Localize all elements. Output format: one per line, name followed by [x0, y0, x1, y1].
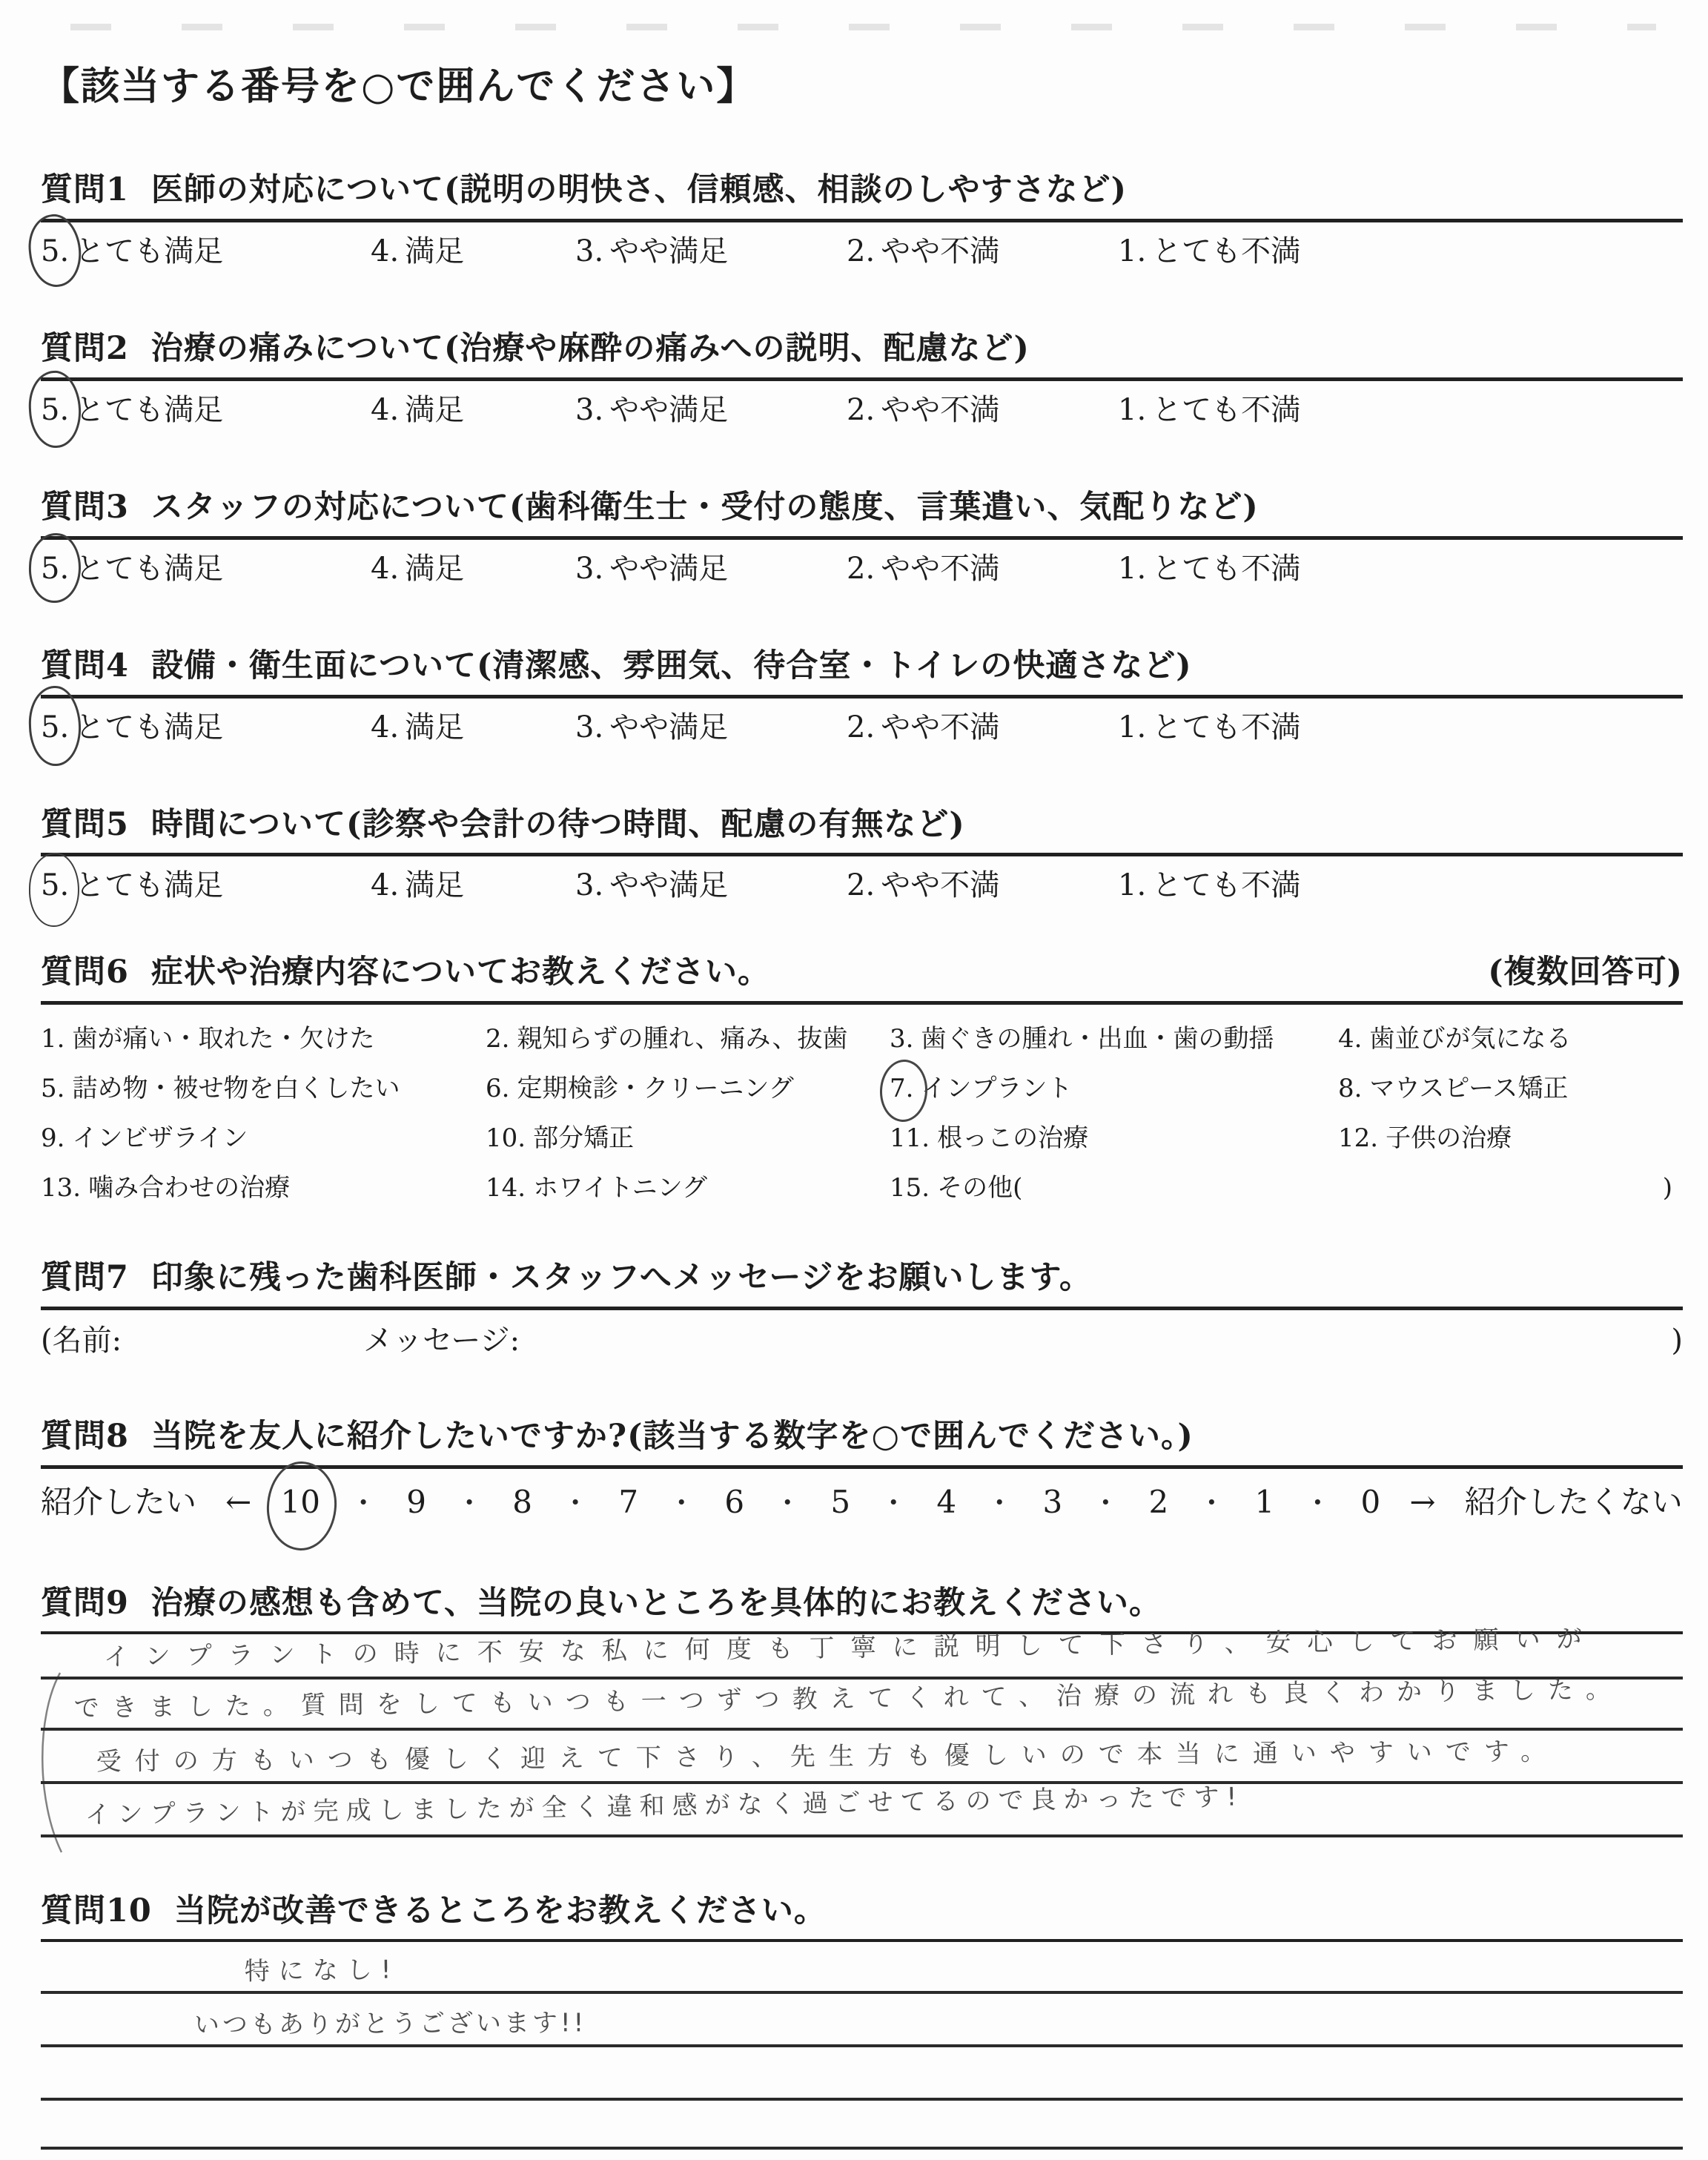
option-number: 3.	[575, 552, 603, 586]
question-9-heading: 質問9 治療の感想も含めて、当院の良いところを具体的にお教えください。	[41, 1583, 1683, 1625]
question-7-answer-row: (名前: メッセージ: )	[41, 1321, 1683, 1360]
item-number: 13.	[41, 1173, 81, 1203]
q4-option-1-very-dissatisfied: 1.とても不満	[1118, 708, 1683, 747]
option-number: 1.	[1118, 234, 1146, 268]
page-title: 【該当する番号を○で囲んでください】	[41, 0, 1683, 110]
q3-option-5-very-satisfied: 5.とても満足	[41, 549, 371, 588]
q6-item-15-other: 15.その他(	[890, 1172, 1338, 1206]
option-label: やや満足	[609, 868, 728, 902]
question-6-label: 質問6	[41, 952, 129, 994]
nps-score-9: 9	[406, 1482, 426, 1523]
item-number: 8.	[1338, 1074, 1362, 1103]
question-3: 質問3 スタッフの対応について(歯科衛生士・受付の態度、言葉遣い、気配りなど) …	[41, 487, 1683, 588]
scale-dot: ・	[455, 1485, 483, 1522]
option-number: 3.	[575, 868, 603, 902]
question-1-label: 質問1	[41, 170, 129, 211]
scale-dot: ・	[349, 1485, 377, 1522]
divider	[41, 853, 1683, 856]
item-label: 噛み合わせの治療	[88, 1173, 290, 1203]
q6-item-13: 13.噛み合わせの治療	[41, 1172, 486, 1206]
nps-score-5: 5	[830, 1482, 850, 1523]
scale-dot: ・	[879, 1485, 907, 1522]
item-number: 3.	[890, 1024, 913, 1054]
q6-item-4: 4.歯並びが気になる	[1338, 1023, 1683, 1057]
nps-score-6: 6	[724, 1482, 744, 1523]
question-2: 質問2 治療の痛みについて(治療や麻酔の痛みへの説明、配慮など) 5.とても満足…	[41, 328, 1683, 429]
question-6-items: 1.歯が痛い・取れた・欠けた 2.親知らずの腫れ、痛み、抜歯 3.歯ぐきの腫れ・…	[41, 1023, 1683, 1206]
q6-item-6: 6.定期検診・クリーニング	[486, 1072, 890, 1106]
option-label: やや満足	[609, 393, 728, 427]
q2-option-3-somewhat-satisfied: 3.やや満足	[575, 391, 847, 429]
handwritten-circle	[878, 1059, 929, 1123]
question-1: 質問1 医師の対応について(説明の明快さ、信頼感、相談のしやすさなど) 5.とて…	[41, 170, 1683, 271]
message-field-label: メッセージ:	[363, 1321, 520, 1360]
option-label: とても不満	[1152, 234, 1300, 268]
question-2-heading: 質問2 治療の痛みについて(治療や麻酔の痛みへの説明、配慮など)	[41, 328, 1683, 370]
question-9-answer-area: インプラントの時に不安な私に何度も丁寧に説明して下さり、安心してお願いが できま…	[41, 1634, 1683, 1837]
option-number: 4.	[371, 710, 399, 744]
question-6-heading: 質問6 症状や治療内容についてお教えください。 (複数回答可)	[41, 952, 1683, 994]
q6-item-8: 8.マウスピース矯正	[1338, 1072, 1683, 1106]
question-10-heading: 質問10 当院が改善できるところをお教えください。	[41, 1891, 1683, 1932]
option-number: 5.	[41, 234, 69, 268]
divider	[41, 1307, 1683, 1310]
option-label: 満足	[405, 552, 464, 586]
q4-option-4-satisfied: 4.満足	[371, 708, 575, 747]
option-label: やや不満	[881, 868, 999, 902]
option-label: 満足	[405, 710, 464, 744]
option-label: とても満足	[75, 868, 223, 902]
scale-dot: ・	[985, 1485, 1013, 1522]
item-number: 6.	[486, 1074, 509, 1103]
q6-item-12: 12.子供の治療	[1338, 1122, 1683, 1156]
q3-option-4-satisfied: 4.満足	[371, 549, 575, 588]
ruled-line: インプラントが完成しましたが全く違和感がなく過ごせてるので良かったです!	[41, 1784, 1683, 1837]
question-9-label: 質問9	[41, 1583, 129, 1625]
close-paren: )	[1671, 1321, 1683, 1360]
nps-score-3: 3	[1042, 1482, 1062, 1523]
question-5-label: 質問5	[41, 805, 129, 846]
option-label: とても満足	[75, 393, 223, 427]
q3-option-3-somewhat-satisfied: 3.やや満足	[575, 549, 847, 588]
divider	[41, 219, 1683, 222]
q1-option-5-very-satisfied: 5.とても満足	[41, 232, 371, 271]
question-2-label: 質問2	[41, 328, 129, 370]
option-label: とても満足	[75, 710, 223, 744]
nps-score-1: 1	[1255, 1482, 1275, 1523]
item-label: 部分矯正	[533, 1123, 634, 1153]
question-1-title: 医師の対応について(説明の明快さ、信頼感、相談のしやすさなど)	[151, 170, 1127, 211]
handwritten-text: インプラントが完成しましたが全く違和感がなく過ごせてるので良かったです!	[85, 1777, 1244, 1832]
question-10-label: 質問10	[41, 1891, 152, 1932]
option-number: 1.	[1118, 868, 1146, 902]
question-3-title: スタッフの対応について(歯科衛生士・受付の態度、言葉遣い、気配りなど)	[151, 487, 1259, 529]
nps-score-2: 2	[1148, 1482, 1168, 1523]
question-7-label: 質問7	[41, 1258, 129, 1299]
nps-score-8: 8	[512, 1482, 532, 1523]
option-number: 2.	[847, 710, 875, 744]
option-label: 満足	[405, 234, 464, 268]
question-7-title: 印象に残った歯科医師・スタッフへメッセージをお願いします。	[151, 1258, 1092, 1299]
option-number: 5.	[41, 868, 69, 902]
option-label: やや満足	[609, 710, 728, 744]
question-4-options: 5.とても満足 4.満足 3.やや満足 2.やや不満 1.とても不満	[41, 708, 1683, 747]
ruled-line	[41, 2047, 1683, 2101]
option-number: 2.	[847, 868, 875, 902]
name-field-label: (名前:	[41, 1321, 363, 1360]
divider	[41, 377, 1683, 381]
item-label: 詰め物・被せ物を白くしたい	[72, 1074, 400, 1103]
option-number: 1.	[1118, 710, 1146, 744]
question-8-title: 当院を友人に紹介したいですか?(該当する数字を○で囲んでください。)	[151, 1416, 1194, 1458]
scale-dot: ・	[1303, 1485, 1331, 1522]
option-label: とても不満	[1152, 552, 1300, 586]
handwritten-text: 特になし!	[244, 1949, 400, 1988]
ruled-line: できました。質問をしてもいつも一つずつ教えてくれて、治療の流れも良くわかりました…	[41, 1680, 1683, 1731]
option-label: 満足	[405, 393, 464, 427]
question-8: 質問8 当院を友人に紹介したいですか?(該当する数字を○で囲んでください。) 紹…	[41, 1416, 1683, 1522]
option-number: 2.	[847, 393, 875, 427]
question-5-options: 5.とても満足 4.満足 3.やや満足 2.やや不満 1.とても不満	[41, 866, 1683, 905]
question-3-label: 質問3	[41, 487, 129, 529]
divider	[41, 536, 1683, 540]
scale-dot: ・	[561, 1485, 589, 1522]
question-9: 質問9 治療の感想も含めて、当院の良いところを具体的にお教えください。 インプラ…	[41, 1583, 1683, 1837]
question-2-options: 5.とても満足 4.満足 3.やや満足 2.やや不満 1.とても不満	[41, 391, 1683, 429]
item-number: 10.	[486, 1123, 526, 1153]
option-number: 3.	[575, 710, 603, 744]
question-1-options: 5.とても満足 4.満足 3.やや満足 2.やや不満 1.とても不満	[41, 232, 1683, 271]
question-6-title: 症状や治療内容についてお教えください。	[151, 952, 770, 994]
item-label: 定期検診・クリーニング	[517, 1074, 793, 1103]
q5-option-3-somewhat-satisfied: 3.やや満足	[575, 866, 847, 905]
option-label: やや満足	[609, 552, 728, 586]
q1-option-1-very-dissatisfied: 1.とても不満	[1118, 232, 1683, 271]
item-label: インプラント	[921, 1074, 1072, 1103]
scan-artifact-top	[70, 24, 1656, 30]
q6-item-2: 2.親知らずの腫れ、痛み、抜歯	[486, 1023, 890, 1057]
ruled-line: 受付の方もいつも優しく迎えて下さり、先生方も優しいので本当に通いやすいです。	[41, 1731, 1683, 1784]
question-9-title: 治療の感想も含めて、当院の良いところを具体的にお教えください。	[151, 1583, 1162, 1625]
option-number: 1.	[1118, 393, 1146, 427]
option-label: やや不満	[881, 710, 999, 744]
nps-right-label: 紹介したくない	[1465, 1482, 1683, 1523]
question-10: 質問10 当院が改善できるところをお教えください。 特になし! いつもありがとう…	[41, 1891, 1683, 2150]
ruled-line: 特になし!	[41, 1942, 1683, 1994]
option-label: とても満足	[75, 234, 223, 268]
option-number: 5.	[41, 552, 69, 586]
q1-option-4-satisfied: 4.満足	[371, 232, 575, 271]
nps-score-0: 0	[1361, 1482, 1381, 1523]
q6-item-5: 5.詰め物・被せ物を白くしたい	[41, 1072, 486, 1106]
multiple-answers-note: (複数回答可)	[1488, 952, 1683, 994]
item-number: 2.	[486, 1024, 509, 1054]
q5-option-1-very-dissatisfied: 1.とても不満	[1118, 866, 1683, 905]
question-1-heading: 質問1 医師の対応について(説明の明快さ、信頼感、相談のしやすさなど)	[41, 170, 1683, 211]
right-arrow-icon: →	[1409, 1482, 1435, 1523]
question-7: 質問7 印象に残った歯科医師・スタッフへメッセージをお願いします。 (名前: メ…	[41, 1258, 1683, 1360]
item-number: 12.	[1338, 1123, 1378, 1153]
item-label: 歯が痛い・取れた・欠けた	[72, 1024, 374, 1054]
question-4-label: 質問4	[41, 646, 129, 687]
item-number: 1.	[41, 1024, 64, 1054]
handwritten-circle	[265, 1460, 337, 1551]
item-label: マウスピース矯正	[1369, 1074, 1568, 1103]
option-number: 4.	[371, 393, 399, 427]
option-number: 3.	[575, 234, 603, 268]
q5-option-4-satisfied: 4.満足	[371, 866, 575, 905]
question-4-title: 設備・衛生面について(清潔感、雰囲気、待合室・トイレの快適さなど)	[151, 646, 1192, 687]
scale-dot: ・	[1197, 1485, 1225, 1522]
divider	[41, 695, 1683, 698]
option-number: 3.	[575, 393, 603, 427]
item-label: 根っこの治療	[937, 1123, 1088, 1153]
q3-option-2-somewhat-dissatisfied: 2.やや不満	[847, 549, 1118, 588]
question-5: 質問5 時間について(診察や会計の待つ時間、配慮の有無など) 5.とても満足 4…	[41, 805, 1683, 905]
item-label: ホワイトニング	[533, 1173, 707, 1203]
option-label: とても不満	[1152, 710, 1300, 744]
option-label: とても不満	[1152, 393, 1300, 427]
item-label: インビザライン	[72, 1123, 248, 1153]
item-label: 歯ぐきの腫れ・出血・歯の動揺	[921, 1024, 1274, 1054]
left-arrow-icon: ←	[225, 1482, 251, 1523]
nps-score-7: 7	[618, 1482, 638, 1523]
option-number: 5.	[41, 710, 69, 744]
question-3-options: 5.とても満足 4.満足 3.やや満足 2.やや不満 1.とても不満	[41, 549, 1683, 588]
question-5-title: 時間について(診察や会計の待つ時間、配慮の有無など)	[151, 805, 965, 846]
question-5-heading: 質問5 時間について(診察や会計の待つ時間、配慮の有無など)	[41, 805, 1683, 846]
q1-option-2-somewhat-dissatisfied: 2.やや不満	[847, 232, 1118, 271]
option-label: とても不満	[1152, 868, 1300, 902]
item-number: 15.	[890, 1173, 930, 1203]
q6-item-11: 11.根っこの治療	[890, 1122, 1338, 1156]
nps-scale-row: 紹介したい ← 10 ・ 9 ・ 8 ・ 7 ・ 6 ・ 5 ・ 4 ・ 3 ・…	[41, 1482, 1683, 1523]
question-6: 質問6 症状や治療内容についてお教えください。 (複数回答可) 1.歯が痛い・取…	[41, 952, 1683, 1205]
item-number: 4.	[1338, 1024, 1362, 1054]
question-7-heading: 質問7 印象に残った歯科医師・スタッフへメッセージをお願いします。	[41, 1258, 1683, 1299]
nps-left-label: 紹介したい	[41, 1482, 196, 1523]
question-8-label: 質問8	[41, 1416, 129, 1458]
q6-item-10: 10.部分矯正	[486, 1122, 890, 1156]
q5-option-2-somewhat-dissatisfied: 2.やや不満	[847, 866, 1118, 905]
option-label: やや不満	[881, 234, 999, 268]
option-number: 1.	[1118, 552, 1146, 586]
q4-option-5-very-satisfied: 5.とても満足	[41, 708, 371, 747]
scale-dot: ・	[773, 1485, 801, 1522]
question-10-title: 当院が改善できるところをお教えください。	[174, 1891, 827, 1932]
item-number: 14.	[486, 1173, 526, 1203]
divider	[41, 1001, 1683, 1005]
q2-option-4-satisfied: 4.満足	[371, 391, 575, 429]
option-number: 2.	[847, 552, 875, 586]
option-label: 満足	[405, 868, 464, 902]
item-number: 9.	[41, 1123, 64, 1153]
q6-item-7-implant-circled: 7.インプラント	[890, 1072, 1338, 1106]
handwritten-text: 受付の方もいつも優しく迎えて下さり、先生方も優しいので本当に通いやすいです。	[96, 1731, 1560, 1777]
q6-item-1: 1.歯が痛い・取れた・欠けた	[41, 1023, 486, 1057]
scale-dot: ・	[1091, 1485, 1119, 1522]
item-label: 親知らずの腫れ、痛み、抜歯	[517, 1024, 847, 1054]
scanned-survey-page: 【該当する番号を○で囲んでください】 質問1 医師の対応について(説明の明快さ、…	[0, 0, 1708, 2160]
item-label: 子供の治療	[1386, 1123, 1512, 1153]
ruled-line	[41, 2101, 1683, 2150]
question-8-heading: 質問8 当院を友人に紹介したいですか?(該当する数字を○で囲んでください。)	[41, 1416, 1683, 1458]
handwritten-text: インプラントの時に不安な私に何度も丁寧に説明して下さり、安心してお願いが	[103, 1619, 1598, 1674]
q6-item-14: 14.ホワイトニング	[486, 1172, 890, 1206]
q4-option-3-somewhat-satisfied: 3.やや満足	[575, 708, 847, 747]
nps-score-4: 4	[936, 1482, 956, 1523]
option-number: 4.	[371, 868, 399, 902]
option-label: やや不満	[881, 552, 999, 586]
option-label: やや不満	[881, 393, 999, 427]
option-label: とても満足	[75, 552, 223, 586]
q6-item-3: 3.歯ぐきの腫れ・出血・歯の動揺	[890, 1023, 1338, 1057]
scale-dot: ・	[667, 1485, 695, 1522]
option-label: やや満足	[609, 234, 728, 268]
option-number: 5.	[41, 393, 69, 427]
question-4-heading: 質問4 設備・衛生面について(清潔感、雰囲気、待合室・トイレの快適さなど)	[41, 646, 1683, 687]
q6-item-9: 9.インビザライン	[41, 1122, 486, 1156]
q6-other-close-paren: )	[1338, 1172, 1683, 1206]
question-3-heading: 質問3 スタッフの対応について(歯科衛生士・受付の態度、言葉遣い、気配りなど)	[41, 487, 1683, 529]
option-number: 4.	[371, 234, 399, 268]
q2-option-5-very-satisfied: 5.とても満足	[41, 391, 371, 429]
item-label: その他(	[937, 1173, 1022, 1203]
nps-score-10-circled: 10	[281, 1482, 320, 1523]
item-number: 5.	[41, 1074, 64, 1103]
ruled-line: いつもありがとうございます!!	[41, 1994, 1683, 2047]
handwritten-text: いつもありがとうございます!!	[194, 2002, 587, 2041]
q5-option-5-very-satisfied: 5.とても満足	[41, 866, 371, 905]
q3-option-1-very-dissatisfied: 1.とても不満	[1118, 549, 1683, 588]
item-number: 11.	[890, 1123, 930, 1153]
question-2-title: 治療の痛みについて(治療や麻酔の痛みへの説明、配慮など)	[151, 328, 1030, 370]
option-number: 2.	[847, 234, 875, 268]
q2-option-1-very-dissatisfied: 1.とても不満	[1118, 391, 1683, 429]
option-number: 4.	[371, 552, 399, 586]
q2-option-2-somewhat-dissatisfied: 2.やや不満	[847, 391, 1118, 429]
q1-option-3-somewhat-satisfied: 3.やや満足	[575, 232, 847, 271]
q4-option-2-somewhat-dissatisfied: 2.やや不満	[847, 708, 1118, 747]
item-label: 歯並びが気になる	[1369, 1024, 1571, 1054]
question-4: 質問4 設備・衛生面について(清潔感、雰囲気、待合室・トイレの快適さなど) 5.…	[41, 646, 1683, 747]
question-10-answer-area: 特になし! いつもありがとうございます!!	[41, 1942, 1683, 2150]
